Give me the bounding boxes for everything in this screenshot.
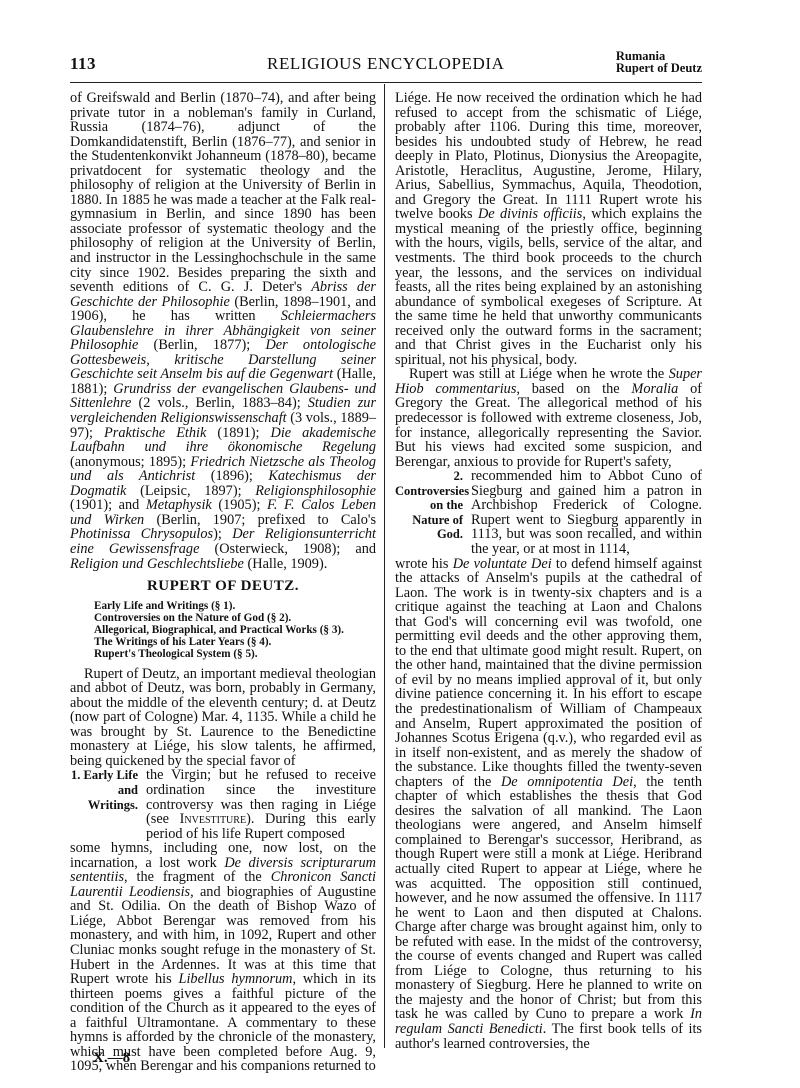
encyclopedia-page: 113 RELIGIOUS ENCYCLOPEDIA Rumania Ruper… xyxy=(0,0,800,1088)
article-outline: Early Life and Writings (§ 1). Controver… xyxy=(94,600,376,660)
left-column: of Greifswald and Berlin (1870–74), and … xyxy=(70,91,376,1074)
signature-mark: X.—8 xyxy=(93,1050,130,1067)
margin-block-2: 2. Controversies on the Nature of God. r… xyxy=(395,469,702,556)
margin-block-1: 1. Early Life and Writings. the Virgin; … xyxy=(70,768,376,841)
header-rule xyxy=(70,82,702,83)
column-divider xyxy=(384,84,385,1048)
ordination-paragraph: Liége. He now received the ordination wh… xyxy=(395,91,702,367)
early-works-paragraph: some hymns, including one, now lost, on … xyxy=(70,841,376,1074)
margin-note-early-life: 1. Early Life and Writings. xyxy=(70,768,146,841)
liege-paragraph: Rupert was still at Liége when he wrote … xyxy=(395,367,702,469)
intro-paragraph: Rupert of Deutz, an important medieval t… xyxy=(70,667,376,769)
page-header: 113 RELIGIOUS ENCYCLOPEDIA Rumania Ruper… xyxy=(70,50,702,90)
outline-item: Rupert's Theological System (§ 5). xyxy=(94,648,376,660)
running-title: RELIGIOUS ENCYCLOPEDIA xyxy=(267,54,505,74)
margin-note-controversies: 2. Controversies on the Nature of God. xyxy=(395,469,471,556)
catchword-bottom: Rupert of Deutz xyxy=(616,62,702,74)
right-column: Liége. He now received the ordination wh… xyxy=(395,91,702,1051)
outline-item: The Writings of his Later Years (§ 4). xyxy=(94,636,376,648)
outline-item: Allegorical, Biographical, and Practical… xyxy=(94,624,376,636)
controversy-paragraph: wrote his De voluntate Dei to defend him… xyxy=(395,557,702,1052)
page-number: 113 xyxy=(70,54,96,74)
article-title: RUPERT OF DEUTZ. xyxy=(70,579,376,594)
outline-item: Early Life and Writings (§ 1). xyxy=(94,600,376,612)
outline-item: Controversies on the Nature of God (§ 2)… xyxy=(94,612,376,624)
bibliography-paragraph: of Greifswald and Berlin (1870–74), and … xyxy=(70,91,376,571)
catchwords: Rumania Rupert of Deutz xyxy=(616,50,702,74)
